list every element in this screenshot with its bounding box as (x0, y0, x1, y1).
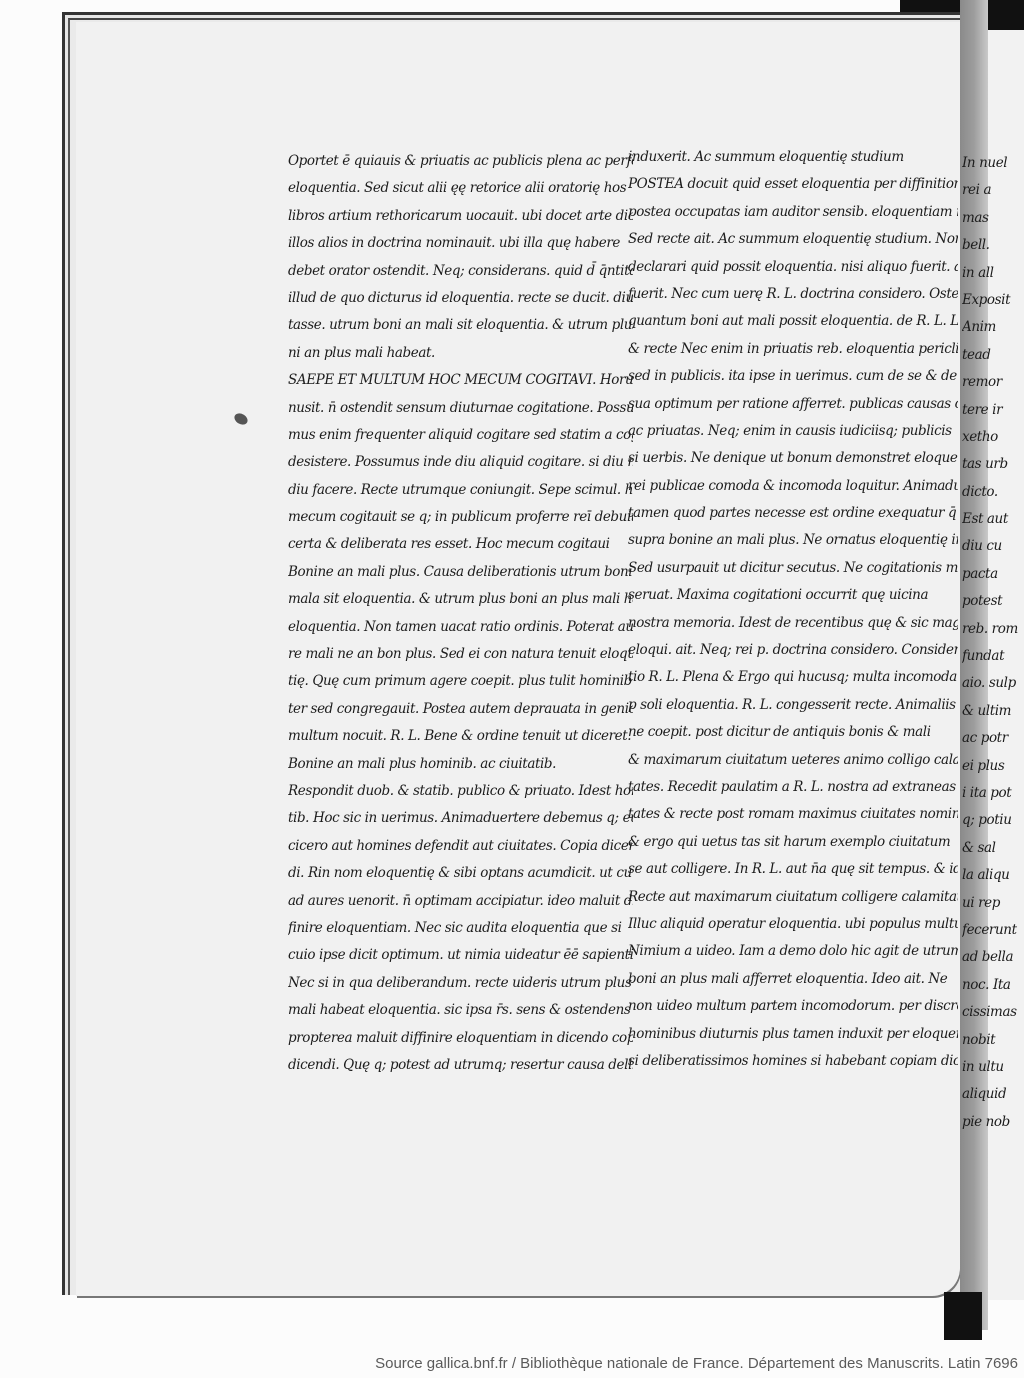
manuscript-line: & ultim (962, 698, 1024, 725)
manuscript-line: si uerbis. Ne denique ut bonum demonstre… (628, 445, 958, 472)
manuscript-line: & sal (962, 835, 1024, 862)
manuscript-line: boni an plus mali afferret eloquentia. I… (628, 966, 958, 993)
manuscript-line: dicendi. Quę q; potest ad utrumq; resert… (288, 1052, 633, 1079)
manuscript-line: sua optimum per ratione afferret. public… (628, 391, 958, 418)
manuscript-line: desistere. Possumus inde diu aliquid cog… (288, 449, 633, 476)
manuscript-line: In nuel (962, 150, 1024, 177)
manuscript-line: Est aut (962, 506, 1024, 533)
manuscript-line: in ultu (962, 1054, 1024, 1081)
manuscript-line: nobit (962, 1027, 1024, 1054)
manuscript-line: POSTEA docuit quid esset eloquentia per … (628, 171, 958, 198)
manuscript-line: re mali ne an bon plus. Sed ei con natur… (288, 641, 633, 668)
manuscript-line: Bonine an mali plus. Causa deliberationi… (288, 559, 633, 586)
manuscript-line: multum nocuit. R. L. Bene & ordine tenui… (288, 723, 633, 750)
manuscript-line: propterea maluit diffinire eloquentiam i… (288, 1025, 633, 1052)
manuscript-line: hominibus diuturnis plus tamen induxit p… (628, 1021, 958, 1048)
manuscript-line: tib. Hoc sic in uerimus. Animaduertere d… (288, 805, 633, 832)
manuscript-line: xetho (962, 424, 1024, 451)
manuscript-line: mala sit eloquentia. & utrum plus boni a… (288, 586, 633, 613)
manuscript-line: la aliqu (962, 862, 1024, 889)
manuscript-line: rei a (962, 177, 1024, 204)
manuscript-line: potest (962, 588, 1024, 615)
manuscript-line: mecum cogitauit se q; in publicum profer… (288, 504, 633, 531)
manuscript-line: nusit. n̄ ostendit sensum diuturnae cogi… (288, 395, 633, 422)
manuscript-line: supra bonine an mali plus. Ne ornatus el… (628, 527, 958, 554)
manuscript-line: cicero aut homines defendit aut ciuitate… (288, 833, 633, 860)
manuscript-line: aio. sulp (962, 670, 1024, 697)
manuscript-line: tas urb (962, 451, 1024, 478)
text-column-right: induxerit. Ac summum eloquentię studiumP… (628, 144, 958, 1075)
manuscript-line: Recte aut maximarum ciuitatum colligere … (628, 884, 958, 911)
manuscript-line: p soli eloquentia. R. L. congesserit rec… (628, 692, 958, 719)
manuscript-line: cissimas (962, 999, 1024, 1026)
manuscript-line: ui rep (962, 890, 1024, 917)
manuscript-line: Illuc aliquid operatur eloquentia. ubi p… (628, 911, 958, 938)
manuscript-line: remor (962, 369, 1024, 396)
manuscript-line: induxerit. Ac summum eloquentię studium (628, 144, 958, 171)
manuscript-line: tates & recte post romam maximus ciuitat… (628, 801, 958, 828)
manuscript-line: tead (962, 342, 1024, 369)
text-column-left: Oportet ē quiauis & priuatis ac publicis… (288, 148, 633, 1079)
manuscript-line: mas (962, 205, 1024, 232)
manuscript-line: nostra memoria. Idest de recentibus quę … (628, 610, 958, 637)
manuscript-line: eloqui. ait. Neq; rei p. doctrina consid… (628, 637, 958, 664)
manuscript-line: tates. Recedit paulatim a R. L. nostra a… (628, 774, 958, 801)
manuscript-line: ad aures uenorit. n̄ optimam accipiatur.… (288, 888, 633, 915)
manuscript-line: fecerunt (962, 917, 1024, 944)
manuscript-line: si deliberatissimos homines si habebant … (628, 1048, 958, 1075)
manuscript-line: dicto. (962, 479, 1024, 506)
manuscript-line: ac priuatas. Neq; enim in causis iudicii… (628, 418, 958, 445)
manuscript-line: tio R. L. Plena & Ergo qui hucusq; multa… (628, 664, 958, 691)
manuscript-line: fuerit. Nec cum uerę R. L. doctrina cons… (628, 281, 958, 308)
manuscript-line: finire eloquentiam. Nec sic audita eloqu… (288, 915, 633, 942)
manuscript-line: & ergo qui uetus tas sit harum exemplo c… (628, 829, 958, 856)
manuscript-line: ei plus (962, 753, 1024, 780)
manuscript-line: seruat. Maxima cogitationi occurrit quę … (628, 582, 958, 609)
manuscript-line: ac potr (962, 725, 1024, 752)
manuscript-line: illos alios in doctrina nominauit. ubi i… (288, 230, 633, 257)
manuscript-line: Nec si in qua deliberandum. recte uideri… (288, 970, 633, 997)
manuscript-line: i ita pot (962, 780, 1024, 807)
manuscript-line: cuio ipse dicit optimum. ut nimia uideat… (288, 942, 633, 969)
manuscript-line: ad bella (962, 944, 1024, 971)
text-column-facing-page: In nuelrei amasbell.in allExpositAnimtea… (962, 150, 1024, 1136)
manuscript-line: ter sed congregauit. Postea autem deprau… (288, 696, 633, 723)
manuscript-line: noc. Ita (962, 972, 1024, 999)
manuscript-line: eloquentia. Non tamen uacat ratio ordini… (288, 614, 633, 641)
manuscript-line: tamen quod partes necesse est ordine exe… (628, 500, 958, 527)
manuscript-line: mus enim frequenter aliquid cogitare sed… (288, 422, 633, 449)
manuscript-line: tere ir (962, 397, 1024, 424)
manuscript-line: & recte Nec enim in priuatis reb. eloque… (628, 336, 958, 363)
manuscript-line: ne coepit. post dicitur de antiquis boni… (628, 719, 958, 746)
manuscript-line: eloquentia. Sed sicut alii ęę retorice a… (288, 175, 633, 202)
manuscript-line: illud de quo dicturus id eloquentia. rec… (288, 285, 633, 312)
manuscript-line: postea occupatas iam auditor sensib. elo… (628, 199, 958, 226)
manuscript-line: se aut colligere. In R. L. aut n̄a quę s… (628, 856, 958, 883)
manuscript-line: Oportet ē quiauis & priuatis ac publicis… (288, 148, 633, 175)
manuscript-line: Sed usurpauit ut dicitur secutus. Ne cog… (628, 555, 958, 582)
manuscript-line: reb. rom (962, 616, 1024, 643)
manuscript-line: q; potiu (962, 807, 1024, 834)
manuscript-line: Respondit duob. & statib. publico & priu… (288, 778, 633, 805)
manuscript-line: pacta (962, 561, 1024, 588)
manuscript-line: diu facere. Recte utrumque coniungit. Se… (288, 477, 633, 504)
manuscript-line: aliquid (962, 1081, 1024, 1108)
manuscript-line: quantum boni aut mali possit eloquentia.… (628, 308, 958, 335)
manuscript-line: tię. Quę cum primum agere coepit. plus t… (288, 668, 633, 695)
manuscript-line: declarari quid possit eloquentia. nisi a… (628, 254, 958, 281)
manuscript-line: & maximarum ciuitatum ueteres animo coll… (628, 747, 958, 774)
manuscript-line: tasse. utrum boni an mali sit eloquentia… (288, 312, 633, 339)
manuscript-line: di. Rin nom eloquentię & sibi optans acu… (288, 860, 633, 887)
manuscript-line: rei publicae comoda & incomoda loquitur.… (628, 473, 958, 500)
manuscript-line: libros artium rethoricarum uocauit. ubi … (288, 203, 633, 230)
manuscript-line: sed in publicis. ita ipse in uerimus. cu… (628, 363, 958, 390)
manuscript-line: non uideo multum partem incomodorum. per… (628, 993, 958, 1020)
book-edge-shadow-bottom (944, 1292, 982, 1340)
manuscript-line: certa & deliberata res esset. Hoc mecum … (288, 531, 633, 558)
manuscript-line: Anim (962, 314, 1024, 341)
source-caption: Source gallica.bnf.fr / Bibliothèque nat… (375, 1355, 1018, 1372)
manuscript-line: in all (962, 260, 1024, 287)
manuscript-line: debet orator ostendit. Neq; considerans.… (288, 258, 633, 285)
manuscript-line: ni an plus mali habeat. (288, 340, 633, 367)
manuscript-line: Bonine an mali plus hominib. ac ciuitati… (288, 751, 633, 778)
manuscript-line: SAEPE ET MULTUM HOC MECUM COGITAVI. Horu… (288, 367, 633, 394)
manuscript-line: diu cu (962, 533, 1024, 560)
manuscript-line: fundat (962, 643, 1024, 670)
manuscript-line: Sed recte ait. Ac summum eloquentię stud… (628, 226, 958, 253)
manuscript-line: Exposit (962, 287, 1024, 314)
manuscript-line: pie nob (962, 1109, 1024, 1136)
manuscript-line: Nimium a uideo. Iam a demo dolo hic agit… (628, 938, 958, 965)
manuscript-line: bell. (962, 232, 1024, 259)
manuscript-line: mali habeat eloquentia. sic ipsa r̄s. se… (288, 997, 633, 1024)
